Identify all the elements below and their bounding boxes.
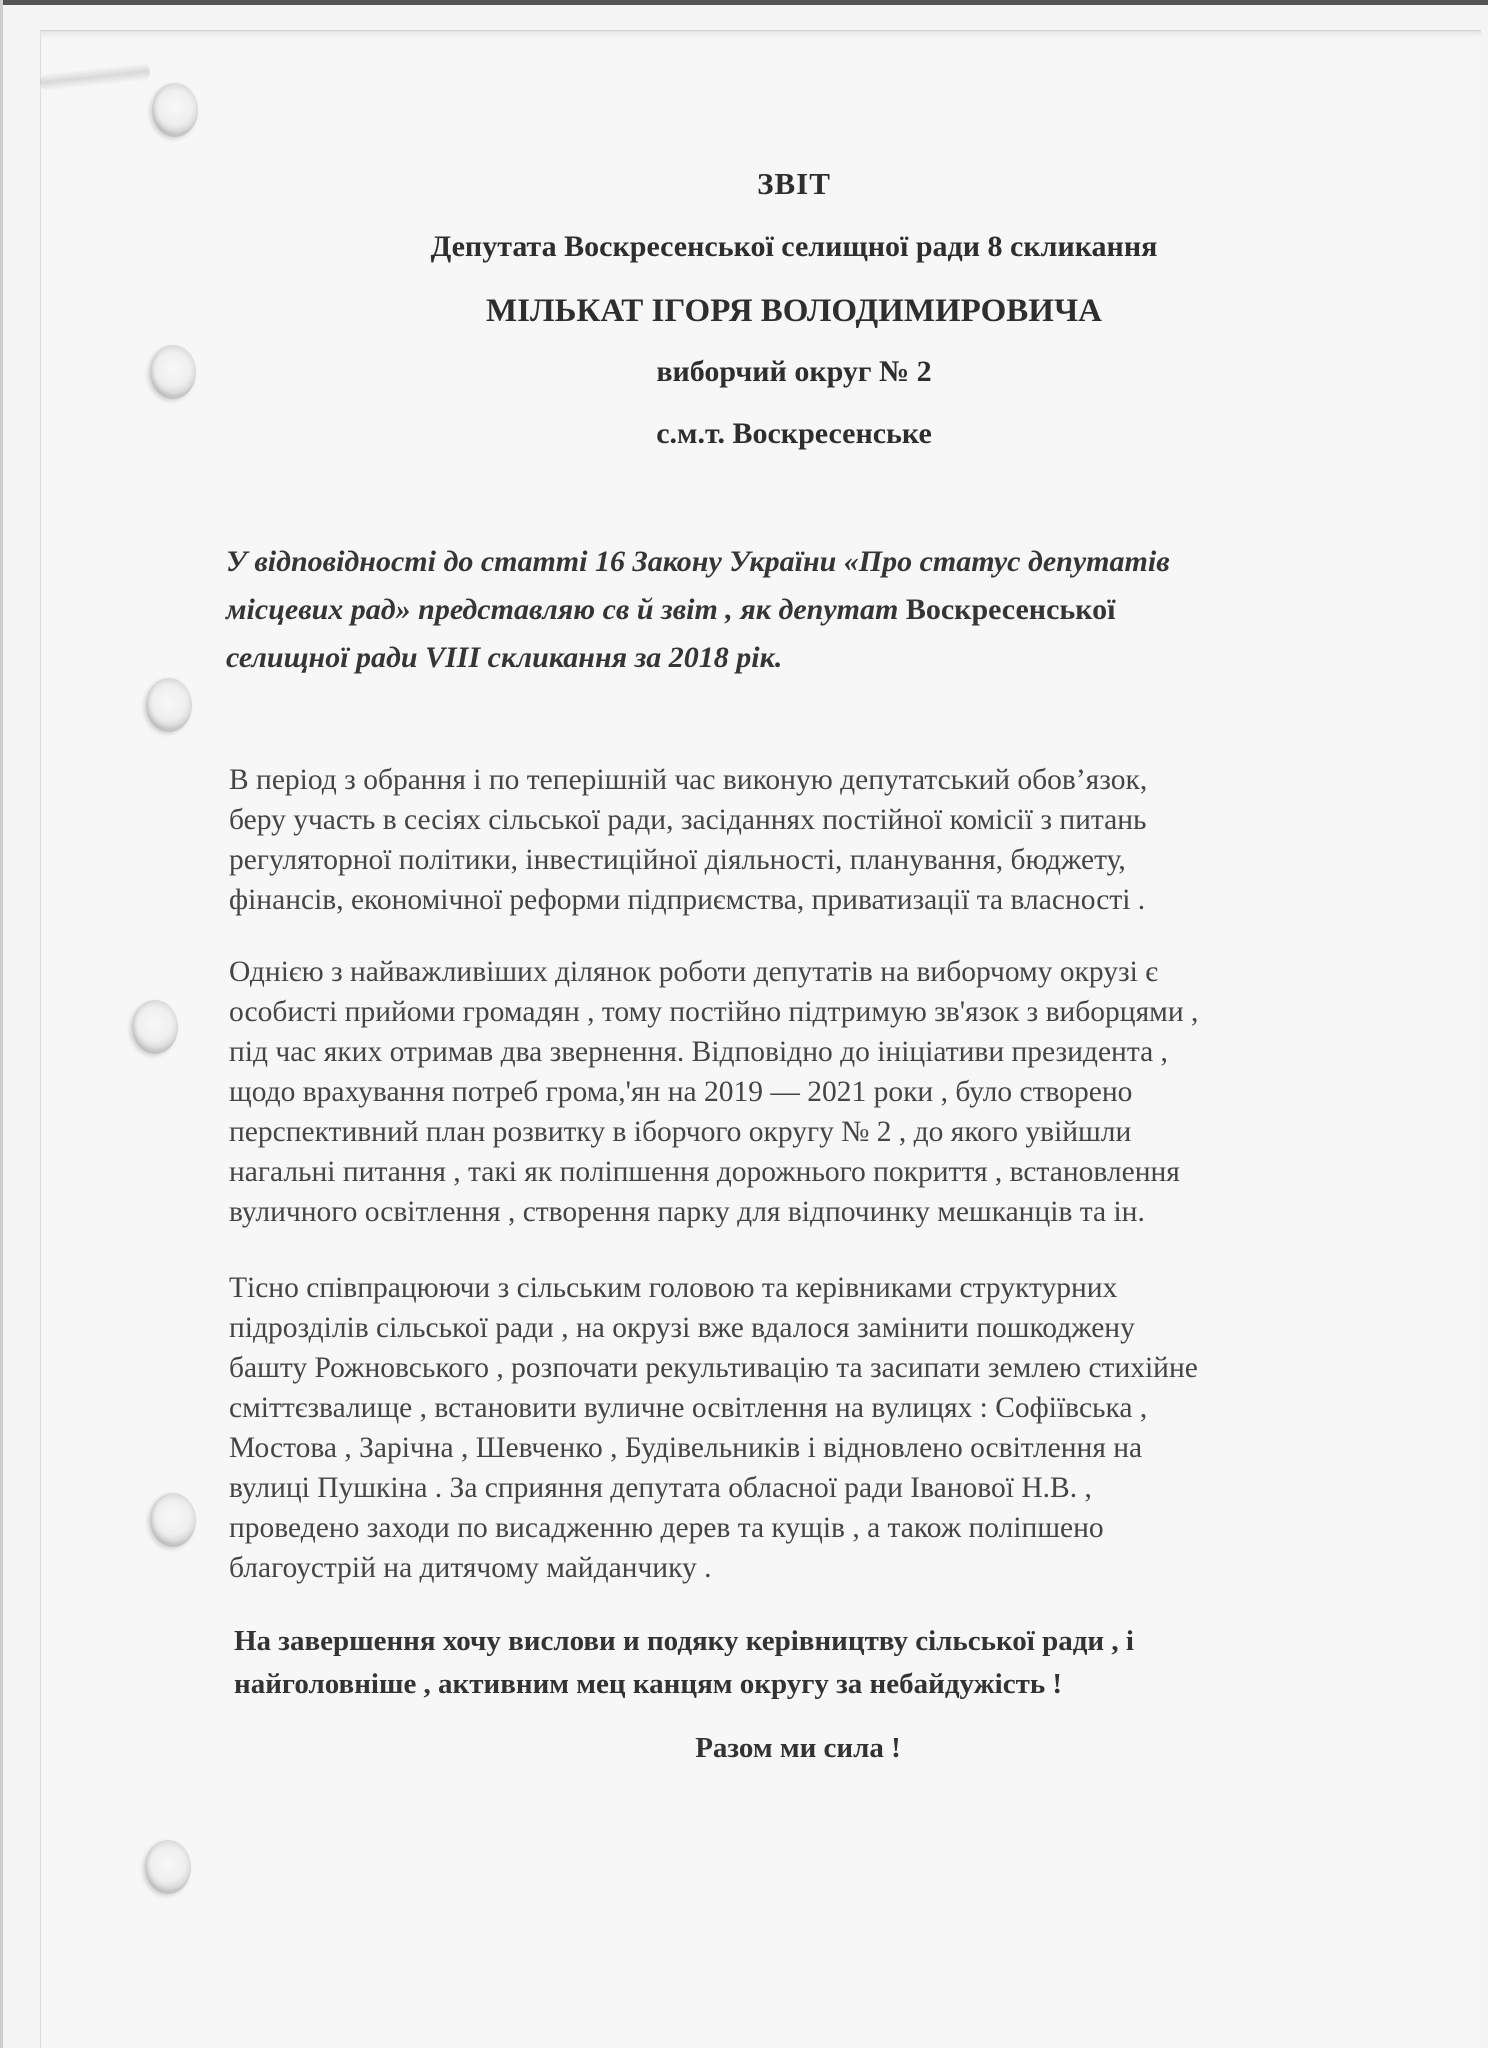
- paragraph-line: Мостова , Зарічна , Шевченко , Будівельн…: [229, 1428, 1359, 1468]
- paragraph-line: В період з обрання і по теперішній час в…: [229, 760, 1359, 800]
- body-paragraph-1: В період з обрання і по теперішній час в…: [229, 760, 1359, 920]
- closing-line: На завершення хочу вислови и подяку кері…: [234, 1620, 1364, 1663]
- paragraph-line: фінансів, економічної реформи підприємст…: [229, 880, 1359, 920]
- paragraph-line: проведено заходи по висадженню дерев та …: [229, 1508, 1359, 1548]
- paragraph-line: щодо врахування потреб грома,'ян на 2019…: [229, 1072, 1359, 1112]
- closing-motto: Разом ми сила !: [0, 1732, 1488, 1765]
- body-paragraph-3: Тісно співпрацюючи з сільським головою т…: [229, 1268, 1359, 1588]
- paragraph-line: вулиці Пушкіна . За сприяння депутата об…: [229, 1468, 1359, 1508]
- electoral-district: виборчий округ № 2: [0, 355, 1488, 389]
- paragraph-line: особисті прийоми громадян , тому постійн…: [229, 992, 1359, 1032]
- deputy-name: МІЛЬКАТ ІГОРЯ ВОЛОДИМИРОВИЧА: [0, 293, 1488, 330]
- document-subtitle: Депутата Воскресенської селищної ради 8 …: [0, 230, 1488, 264]
- intro-text-italic: місцевих рад» представляю св й звіт , як…: [226, 593, 906, 626]
- paragraph-line: регуляторної політики, інвестиційної дія…: [229, 840, 1359, 880]
- intro-line: У відповідності до статті 16 Закону Укра…: [226, 538, 1376, 586]
- paragraph-line: благоустрій на дитячому майданчику .: [229, 1548, 1359, 1588]
- body-paragraph-2: Однією з найважливіших ділянок роботи де…: [229, 952, 1359, 1232]
- paragraph-line: вуличного освітлення , створення парку д…: [229, 1192, 1359, 1232]
- document-content: ЗВІТ Депутата Воскресенської селищної ра…: [0, 0, 1488, 2048]
- intro-line: місцевих рад» представляю св й звіт , як…: [226, 586, 1376, 634]
- intro-line: селищної ради VIII скликання за 2018 рік…: [226, 634, 1376, 682]
- paragraph-line: Однією з найважливіших ділянок роботи де…: [229, 952, 1359, 992]
- paragraph-line: нагальні питання , такі як поліпшення до…: [229, 1152, 1359, 1192]
- closing-line: найголовніше , активним мец канцям округ…: [234, 1663, 1364, 1706]
- intro-text-upright: Воскресенської: [906, 593, 1116, 626]
- document-title: ЗВІТ: [0, 166, 1488, 202]
- paragraph-line: башту Рожновського , розпочати рекультив…: [229, 1348, 1359, 1388]
- closing-paragraph: На завершення хочу вислови и подяку кері…: [234, 1620, 1364, 1706]
- paragraph-line: підрозділів сільської ради , на окрузі в…: [229, 1308, 1359, 1348]
- paragraph-line: перспективний план розвитку в іборчого о…: [229, 1112, 1359, 1152]
- paragraph-line: беру участь в сесіях сільської ради, зас…: [229, 800, 1359, 840]
- intro-paragraph: У відповідності до статті 16 Закону Укра…: [226, 538, 1376, 682]
- paragraph-line: під час яких отримав два звернення. Відп…: [229, 1032, 1359, 1072]
- paragraph-line: сміттєзвалище , встановити вуличне освіт…: [229, 1388, 1359, 1428]
- paragraph-line: Тісно співпрацюючи з сільським головою т…: [229, 1268, 1359, 1308]
- town-name: с.м.т. Воскресенське: [0, 417, 1488, 451]
